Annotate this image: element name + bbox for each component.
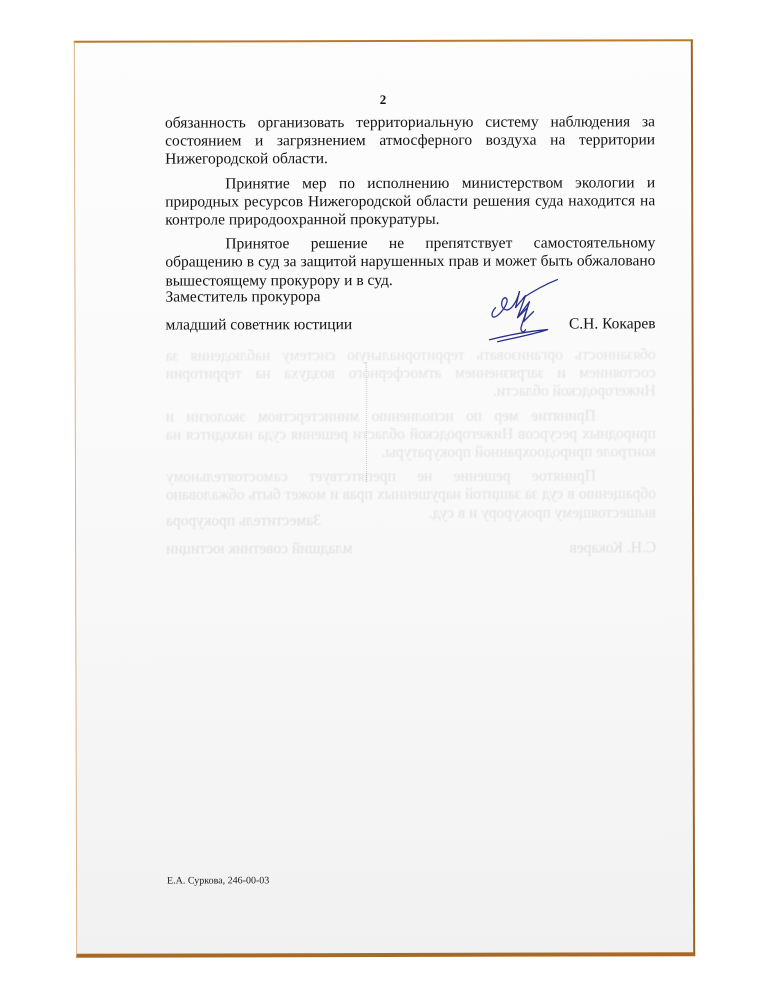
fold-mark	[366, 362, 368, 482]
show-through-paragraph: Принятие мер по исполнению министерством…	[166, 407, 656, 463]
show-through-name: С.Н. Кокарев	[569, 539, 656, 557]
paragraph-3: Принятое решение не препятствует самосто…	[165, 235, 655, 291]
page-number: 2	[75, 91, 691, 109]
signatory-rank: младший советник юстиции	[166, 316, 353, 334]
letter-body: обязанность организовать территориальную…	[165, 113, 655, 296]
document-page: 2 обязанность организовать территориальн…	[74, 39, 695, 958]
paragraph-1: обязанность организовать территориальную…	[165, 113, 655, 169]
handwritten-signature-icon	[475, 277, 575, 347]
show-through-text: обязанность организовать территориальную…	[166, 346, 656, 529]
signatory-name: С.Н. Кокарев	[569, 315, 656, 333]
show-through-title-1: Заместитель прокурора	[166, 512, 321, 530]
executor-contact: Е.А. Суркова, 246-00-03	[167, 875, 269, 886]
paragraph-2: Принятие мер по исполнению министерством…	[165, 174, 655, 230]
signatory-position: Заместитель прокурора	[165, 288, 320, 306]
show-through-paragraph: обязанность организовать территориальную…	[166, 346, 656, 402]
show-through-title-2: младший советник юстиции	[166, 540, 353, 558]
